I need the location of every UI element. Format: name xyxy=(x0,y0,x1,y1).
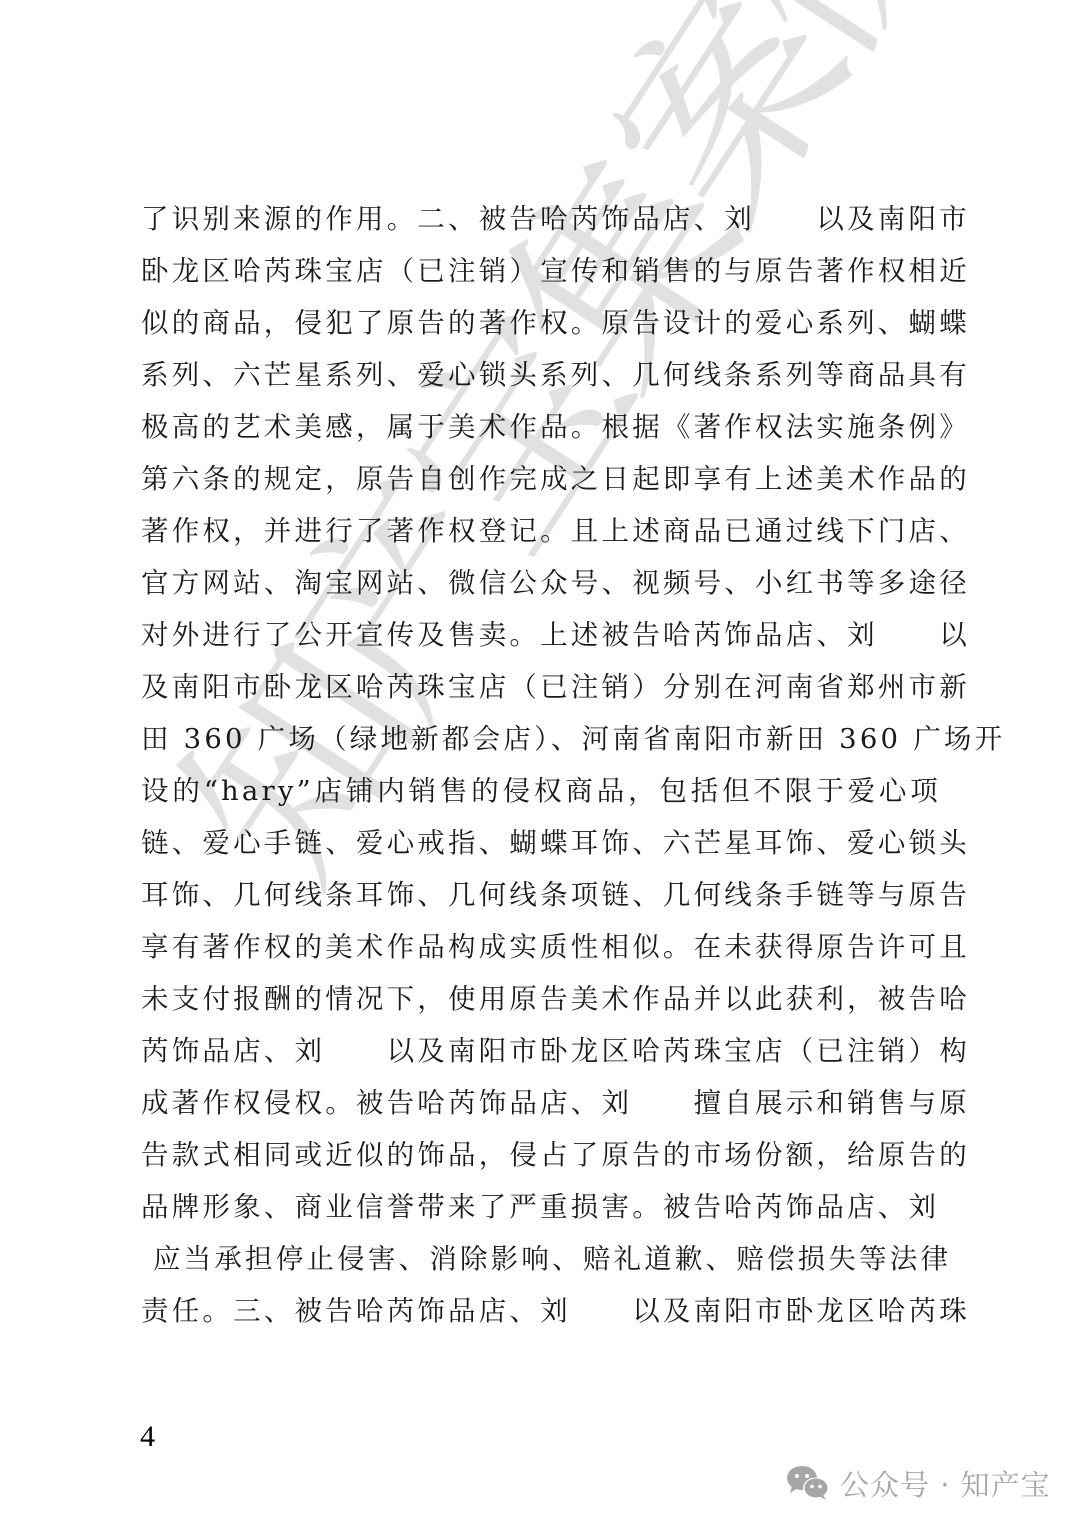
text-line: 品牌形象、商业信誉带来了严重损害。被告哈芮饰品店、刘 xyxy=(141,1181,941,1233)
text-line: 告款式相同或近似的饰品，侵占了原告的市场份额，给原告的 xyxy=(141,1129,941,1181)
text-line: 卧龙区哈芮珠宝店（已注销）宣传和销售的与原告著作权相近 xyxy=(141,245,941,297)
text-line: 及南阳市卧龙区哈芮珠宝店（已注销）分别在河南省郑州市新 xyxy=(141,661,941,713)
source-label: 公众号 · 知产宝 xyxy=(840,1463,1051,1504)
text-line: 似的商品，侵犯了原告的著作权。原告设计的爱心系列、蝴蝶 xyxy=(141,297,941,349)
text-line: 第六条的规定，原告自创作完成之日起即享有上述美术作品的 xyxy=(141,453,941,505)
wechat-icon xyxy=(786,1465,830,1501)
source-attribution: 公众号 · 知产宝 xyxy=(786,1463,1051,1503)
text-line: 应当承担停止侵害、消除影响、赔礼道歉、赔偿损失等法律 xyxy=(141,1233,941,1285)
text-line: 链、爱心手链、爱心戒指、蝴蝶耳饰、六芒星耳饰、爱心锁头 xyxy=(141,817,941,869)
text-line: 芮饰品店、刘 以及南阳市卧龙区哈芮珠宝店（已注销）构 xyxy=(141,1025,941,1077)
text-line: 享有著作权的美术作品构成实质性相似。在未获得原告许可且 xyxy=(141,921,941,973)
text-line: 设的“hary”店铺内销售的侵权商品，包括但不限于爱心项 xyxy=(141,765,941,817)
text-line: 成著作权侵权。被告哈芮饰品店、刘 擅自展示和销售与原 xyxy=(141,1077,941,1129)
text-line: 责任。三、被告哈芮饰品店、刘 以及南阳市卧龙区哈芮珠 xyxy=(141,1285,941,1337)
text-line: 未支付报酬的情况下，使用原告美术作品并以此获利，被告哈 xyxy=(141,973,941,1025)
text-line: 系列、六芒星系列、爱心锁头系列、几何线条系列等商品具有 xyxy=(141,349,941,401)
page-number: 4 xyxy=(140,1420,155,1454)
text-line: 田 360 广场（绿地新都会店）、河南省南阳市新田 360 广场开 xyxy=(141,713,941,765)
text-line: 了识别来源的作用。二、被告哈芮饰品店、刘 以及南阳市 xyxy=(141,193,941,245)
text-line: 对外进行了公开宣传及售卖。上述被告哈芮饰品店、刘 以 xyxy=(141,609,941,661)
document-body: 了识别来源的作用。二、被告哈芮饰品店、刘 以及南阳市 卧龙区哈芮珠宝店（已注销）… xyxy=(141,193,941,1337)
text-line: 官方网站、淘宝网站、微信公众号、视频号、小红书等多途径 xyxy=(141,557,941,609)
text-line: 耳饰、几何线条耳饰、几何线条项链、几何线条手链等与原告 xyxy=(141,869,941,921)
text-line: 著作权，并进行了著作权登记。且上述商品已通过线下门店、 xyxy=(141,505,941,557)
document-page: 知产宝集案例 了识别来源的作用。二、被告哈芮饰品店、刘 以及南阳市 卧龙区哈芮珠… xyxy=(0,0,1080,1526)
text-line: 极高的艺术美感，属于美术作品。根据《著作权法实施条例》 xyxy=(141,401,941,453)
